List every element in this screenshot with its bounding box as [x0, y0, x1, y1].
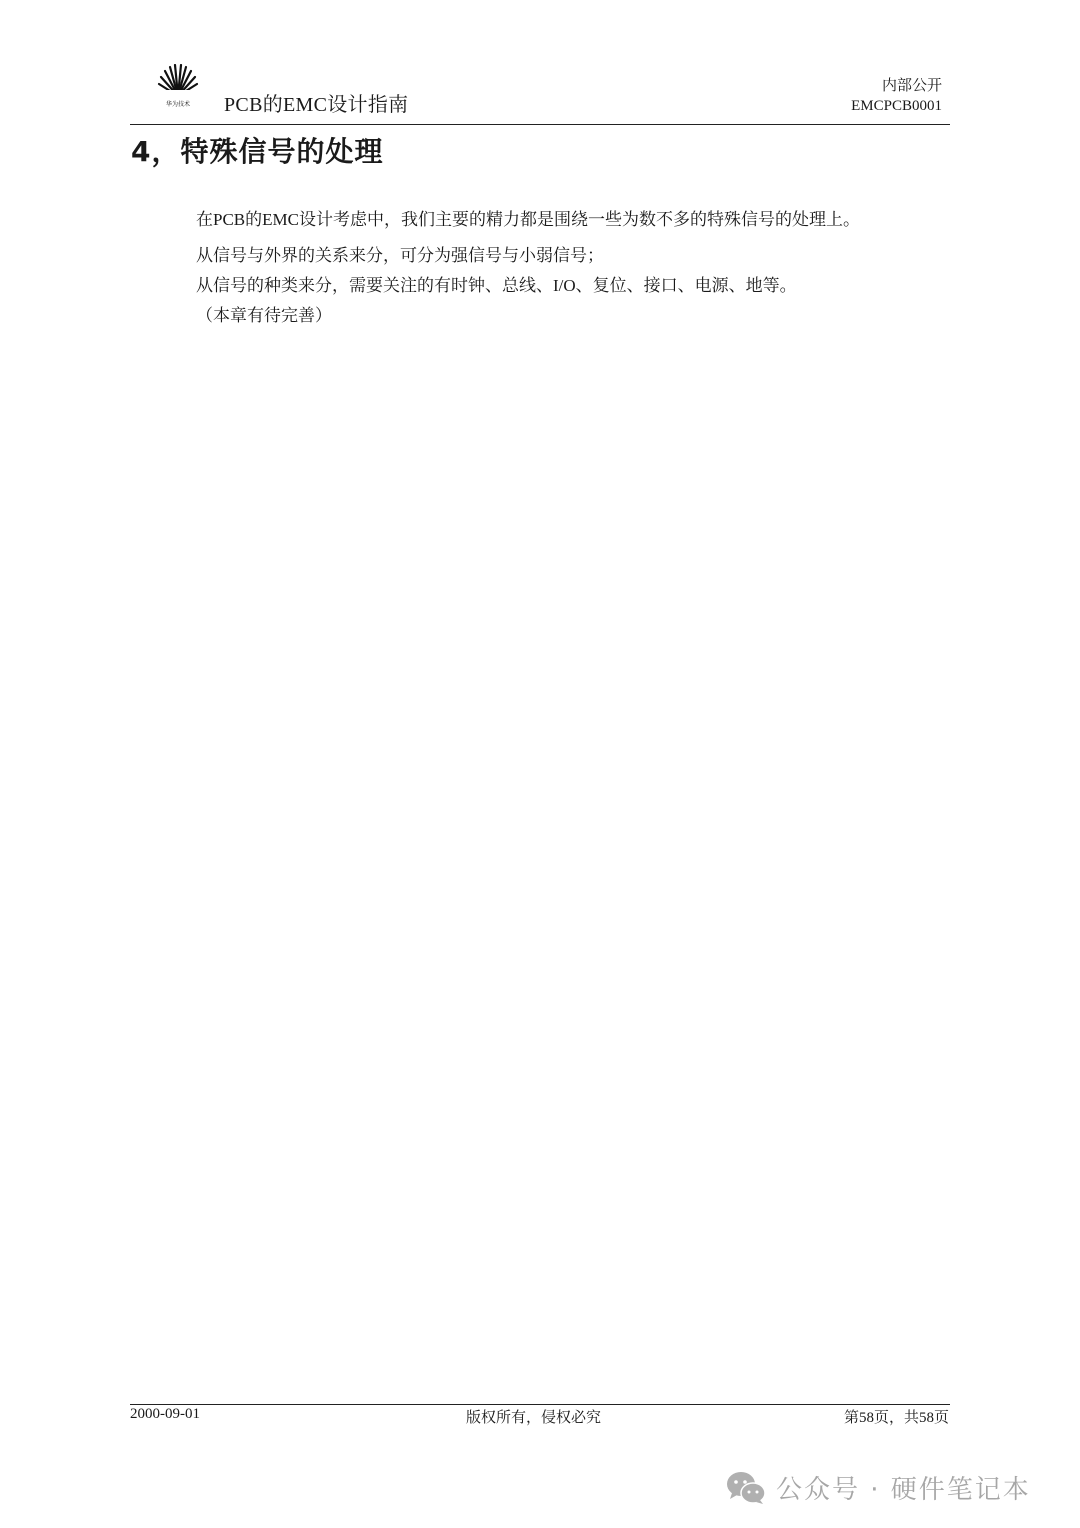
paragraph: 在PCB的EMC设计考虑中，我们主要的精力都是围绕一些为数不多的特殊信号的处理上…	[196, 205, 860, 235]
document-id: EMCPCB0001	[851, 96, 942, 116]
section-heading: 4，特殊信号的处理	[131, 130, 383, 170]
header-meta: 内部公开 EMCPCB0001	[851, 76, 942, 116]
header-divider	[130, 124, 950, 125]
paragraph: （本章有待完善）	[196, 301, 860, 331]
footer-page-info: 第58页，共58页	[844, 1406, 949, 1427]
footer-divider	[130, 1404, 950, 1405]
company-logo: 华为技术	[155, 64, 201, 108]
paragraph: 从信号的种类来分，需要关注的有时钟、总线、I/O、复位、接口、电源、地等。	[196, 271, 860, 301]
paragraph: 从信号与外界的关系来分，可分为强信号与小弱信号；	[196, 241, 860, 271]
wechat-icon	[726, 1471, 766, 1505]
document-title: PCB的EMC设计指南	[224, 88, 408, 117]
classification-label: 内部公开	[851, 76, 942, 96]
watermark-text: 公众号 · 硬件笔记本	[776, 1469, 1031, 1506]
svg-text:华为技术: 华为技术	[166, 100, 190, 108]
footer-date: 2000-09-01	[130, 1406, 200, 1423]
section-body: 在PCB的EMC设计考虑中，我们主要的精力都是围绕一些为数不多的特殊信号的处理上…	[196, 205, 860, 331]
watermark: 公众号 · 硬件笔记本	[726, 1469, 1031, 1506]
footer-copyright: 版权所有，侵权必究	[466, 1406, 601, 1427]
